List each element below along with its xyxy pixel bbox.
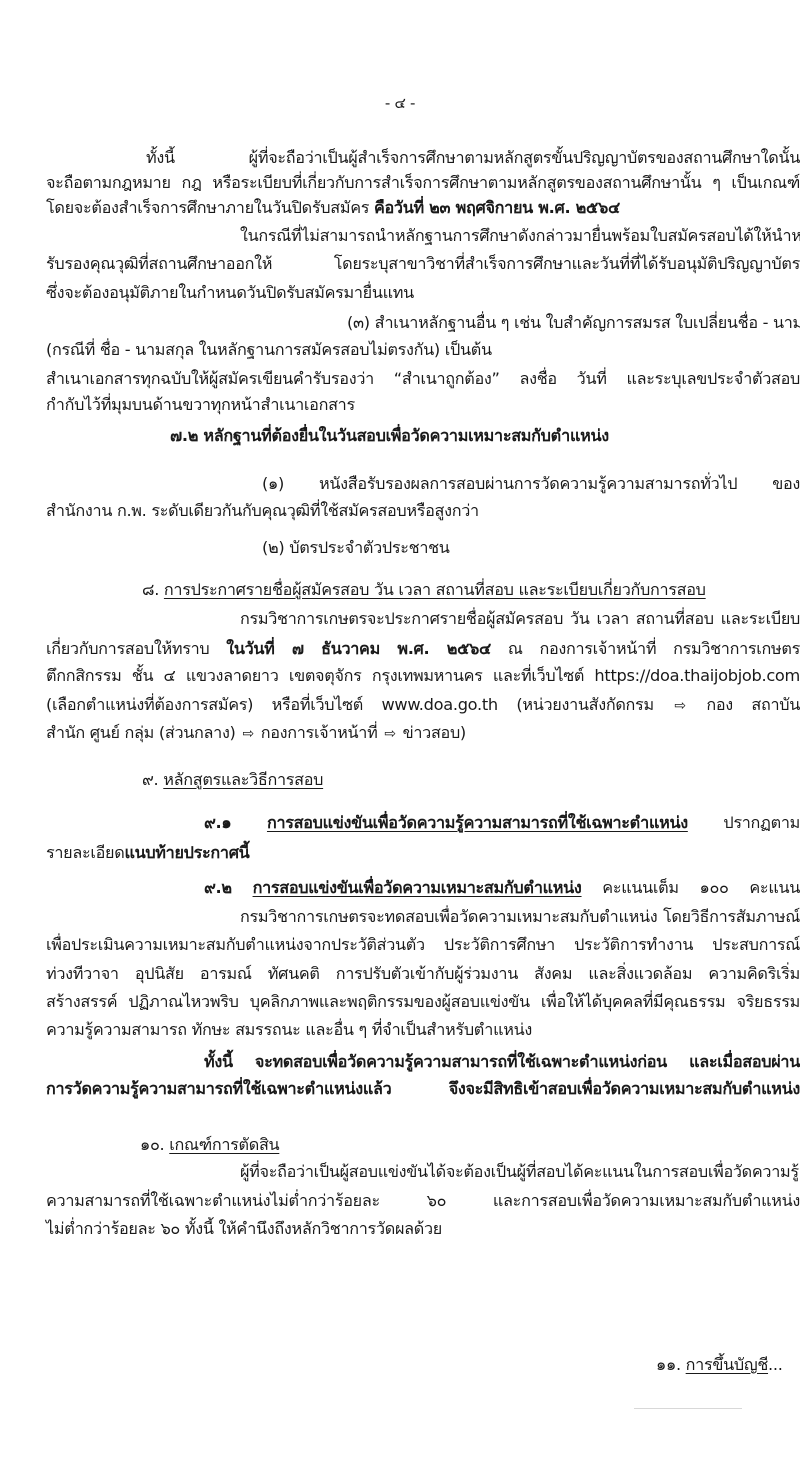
section-9-2-suffix: คะแนนเต็ม ๑๐๐ คะแนน [582, 878, 800, 897]
section-9-2-line-1: ๙.๒ การสอบแข่งขันเพื่อวัดความเหมาะสมกับต… [204, 877, 800, 899]
section-7-2-item-2: (๒) บัตรประจำตัวประชาชน [262, 537, 450, 559]
section-8-line-2: เกี่ยวกับการสอบให้ทราบ ในวันที่ ๗ ธันวาค… [46, 638, 800, 660]
section-9-1-number: ๙.๑ [204, 813, 231, 832]
section-8-line-5-mid: กองการเจ้าหน้าที่ [261, 723, 378, 742]
section-8-line-5: สำนัก ศูนย์ กลุ่ม (ส่วนกลาง) ⇨ กองการเจ้… [46, 722, 466, 745]
section-9-2-body-line-3: ท่วงทีวาจา อุปนิสัย อารมณ์ ทัศนคติ การปร… [46, 963, 800, 985]
section-9-1-line-2-text: รายละเอียด [46, 843, 124, 862]
section-8-line-5-text: สำนัก ศูนย์ กลุ่ม (ส่วนกลาง) [46, 723, 236, 742]
arrow-right-icon: ⇨ [242, 723, 253, 745]
continuation-ellipsis: ... [768, 1355, 783, 1374]
section-8-heading: การประกาศรายชื่อผู้สมัครสอบ วัน เวลา สถา… [164, 580, 706, 599]
page-number: - ๔ - [0, 92, 800, 114]
section-8-line-5-tail: ข่าวสอบ) [403, 723, 466, 742]
section-8-line-4-text: (เลือกตำแหน่งที่ต้องการสมัคร) หรือที่เว็… [46, 695, 654, 714]
section-9-2-body-line-1: กรมวิชาการเกษตรจะทดสอบเพื่อวัดความเหมาะส… [240, 906, 800, 928]
item-3-line-3: สำเนาเอกสารทุกฉบับให้ผู้สมัครเขียนคำรับร… [46, 368, 800, 390]
section-10-line-3: ไม่ต่ำกว่าร้อยละ ๖๐ ทั้งนี้ ให้คำนึงถึงห… [46, 1218, 442, 1240]
application-deadline: คือวันที่ ๒๓ พฤศจิกายน พ.ศ. ๒๕๖๔ [374, 198, 620, 217]
continuation-heading: การขึ้นบัญชี [686, 1355, 768, 1374]
section-10-number: ๑๐. [140, 1135, 164, 1154]
certificate-line-2: รับรองคุณวุฒิที่สถานศึกษาออกให้ โดยระบุส… [46, 253, 800, 275]
section-10-line-2: ความสามารถที่ใช้เฉพาะตำแหน่งไม่ต่ำกว่าร้… [46, 1190, 800, 1212]
document-page: - ๔ - ทั้งนี้ ผู้ที่จะถือว่าเป็นผู้สำเร็… [0, 0, 800, 1474]
section-9-2-heading: การสอบแข่งขันเพื่อวัดความเหมาะสมกับตำแหน… [253, 878, 582, 897]
section-10-line-1: ผู้ที่จะถือว่าเป็นผู้สอบแข่งขันได้จะต้อง… [240, 1161, 800, 1183]
certificate-line-1: ในกรณีที่ไม่สามารถนำหลักฐานการศึกษาดังกล… [240, 225, 800, 247]
section-9-note-line-1: ทั้งนี้ จะทดสอบเพื่อวัดความรู้ความสามารถ… [204, 1051, 800, 1073]
item-3-line-4: กำกับไว้ที่มุมบนด้านขวาทุกหน้าสำเนาเอกสา… [46, 394, 355, 416]
section-7-2-item-1-line-1: (๑) หนังสือรับรองผลการสอบผ่านการวัดความร… [262, 473, 800, 495]
item-3-line-2: (กรณีที่ ชื่อ - นามสกุล ในหลักฐานการสมัค… [46, 339, 492, 361]
announcement-date: ในวันที่ ๗ ธันวาคม พ.ศ. ๒๕๖๔ [226, 639, 491, 658]
section-8-line-2-text: เกี่ยวกับการสอบให้ทราบ [46, 639, 226, 658]
certificate-line-3: ซึ่งจะต้องอนุมัติภายในกำหนดวันปิดรับสมัค… [46, 282, 414, 304]
section-10-heading: เกณฑ์การตัดสิน [169, 1135, 279, 1154]
section-9-note-line-2: การวัดความรู้ความสามารถที่ใช้เฉพาะตำแหน่… [46, 1078, 800, 1100]
section-9-title: ๙. หลักสูตรและวิธีการสอบ [142, 769, 323, 791]
section-9-1-suffix: ปรากฏตาม [688, 813, 800, 832]
section-8-line-3: ตึกกสิกรรม ชั้น ๔ แขวงลาดยาว เขตจตุจักร … [46, 665, 800, 687]
section-9-number: ๙. [142, 770, 158, 789]
arrow-right-icon: ⇨ [674, 695, 685, 717]
section-10-title: ๑๐. เกณฑ์การตัดสิน [140, 1134, 279, 1156]
section-8-line-4-tail: กอง สถาบัน [706, 695, 800, 714]
section-9-1-attachment: แนบท้ายประกาศนี้ [124, 843, 249, 862]
arrow-right-icon: ⇨ [384, 723, 395, 745]
graduation-line-2: จะถือตามกฎหมาย กฎ หรือระเบียบที่เกี่ยวกั… [46, 172, 800, 194]
continuation-marker: ๑๑. การขึ้นบัญชี... [656, 1354, 783, 1376]
section-8-line-1: กรมวิชาการเกษตรจะประกาศรายชื่อผู้สมัครสอ… [240, 608, 800, 630]
section-9-1-line-1: ๙.๑ การสอบแข่งขันเพื่อวัดความรู้ความสามา… [204, 812, 800, 834]
item-3-line-1: (๓) สำเนาหลักฐานอื่น ๆ เช่น ใบสำคัญการสม… [347, 312, 800, 334]
section-8-number: ๘. [142, 580, 159, 599]
section-7-2-item-1-line-2: สำนักงาน ก.พ. ระดับเดียวกันกับคุณวุฒิที่… [46, 500, 479, 522]
section-9-2-body-line-2: เพื่อประเมินความเหมาะสมกับตำแหน่งจากประว… [46, 934, 800, 956]
section-9-2-body-line-4: สร้างสรรค์ ปฏิภาณไหวพริบ บุคลิกภาพและพฤต… [46, 991, 800, 1013]
graduation-line-1: ทั้งนี้ ผู้ที่จะถือว่าเป็นผู้สำเร็จการศึ… [146, 147, 800, 169]
continuation-number: ๑๑. [656, 1355, 681, 1374]
section-8-line-2-suffix: ณ กองการเจ้าหน้าที่ กรมวิชาการเกษตร [491, 639, 800, 658]
section-8-title: ๘. การประกาศรายชื่อผู้สมัครสอบ วัน เวลา … [142, 579, 706, 601]
section-9-heading: หลักสูตรและวิธีการสอบ [163, 770, 323, 789]
section-9-2-number: ๙.๒ [204, 878, 232, 897]
section-9-2-body-line-5: ความรู้ความสามารถ ทักษะ สมรรถนะ และอื่น … [46, 1019, 532, 1041]
graduation-line-3-text: โดยจะต้องสำเร็จการศึกษาภายในวันปิดรับสมั… [46, 198, 374, 217]
section-7-2-heading: ๗.๒ หลักฐานที่ต้องยื่นในวันสอบเพื่อวัดคว… [170, 425, 609, 447]
graduation-line-3: โดยจะต้องสำเร็จการศึกษาภายในวันปิดรับสมั… [46, 197, 620, 219]
section-9-1-line-2: รายละเอียดแนบท้ายประกาศนี้ [46, 842, 249, 864]
section-8-line-4: (เลือกตำแหน่งที่ต้องการสมัคร) หรือที่เว็… [46, 694, 800, 717]
faint-divider [634, 1408, 742, 1409]
section-9-1-heading: การสอบแข่งขันเพื่อวัดความรู้ความสามารถที… [267, 813, 688, 832]
